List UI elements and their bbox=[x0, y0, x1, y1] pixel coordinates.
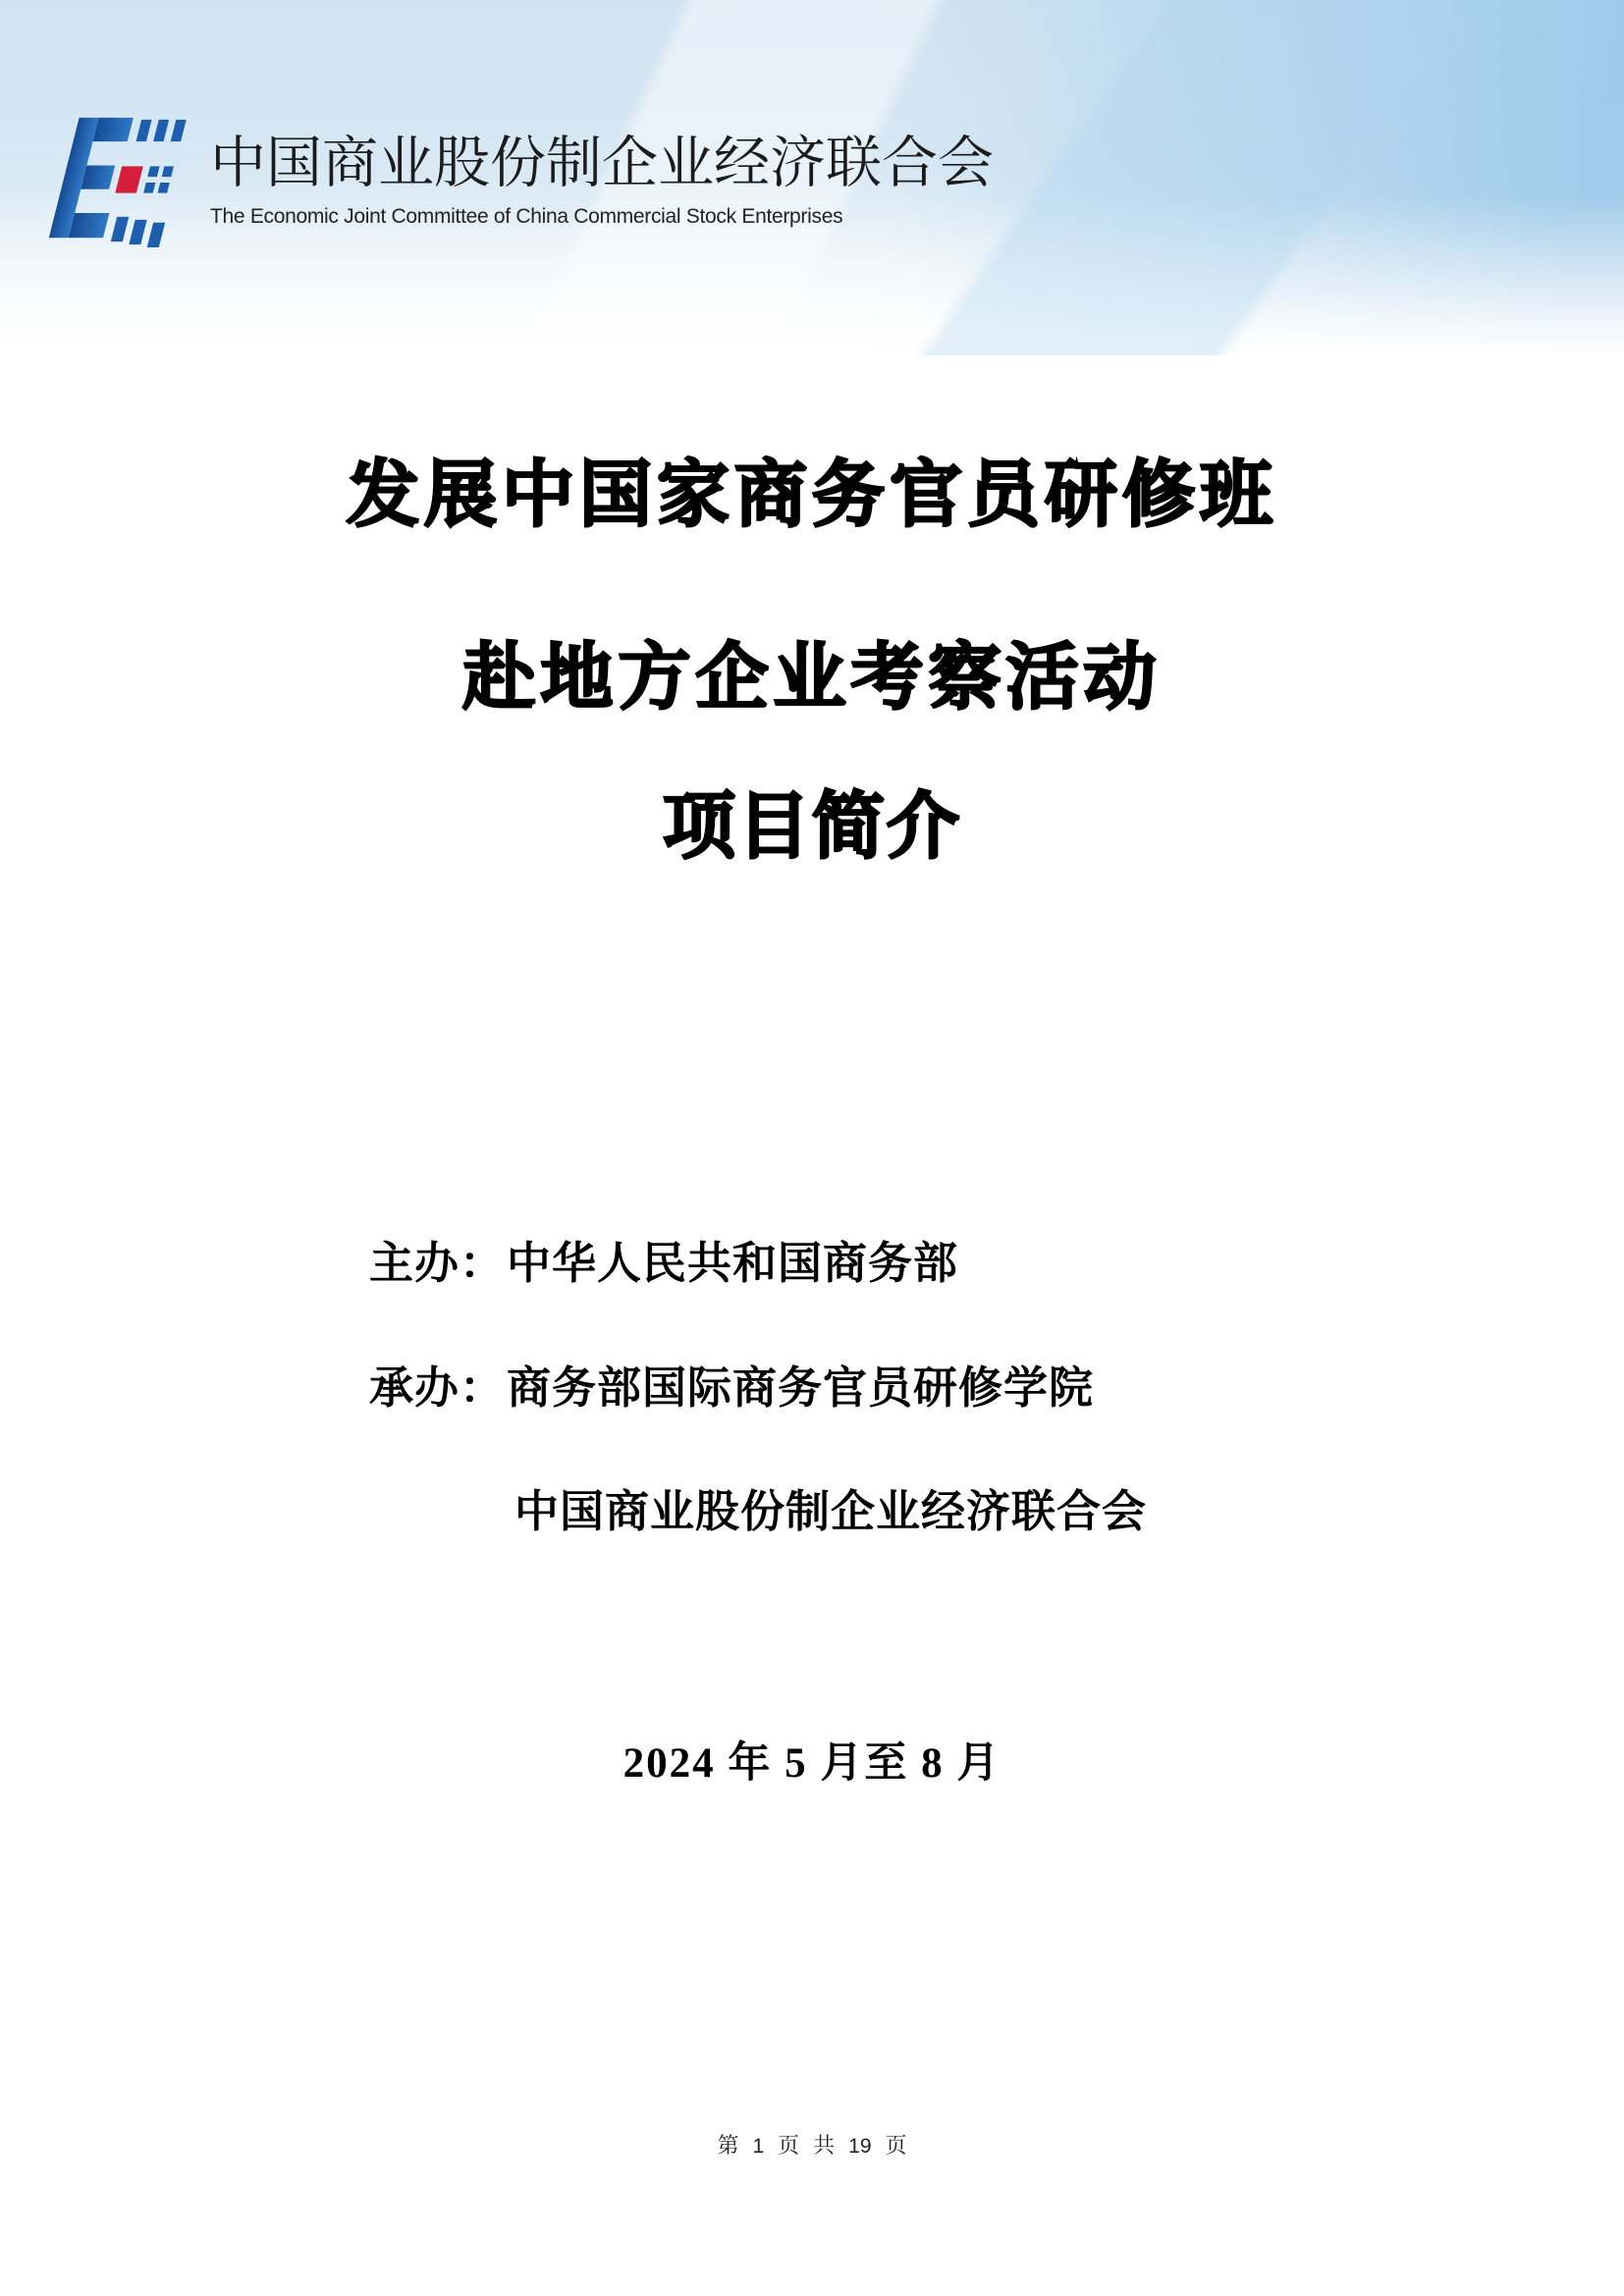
undertaker-name-2: 中国商业股份制企业经济联合会 bbox=[514, 1486, 1147, 1536]
undertaker-name-1: 商务部国际商务官员研修学院 bbox=[507, 1362, 1094, 1413]
cover-title-line2: 赴地方企业考察活动 bbox=[0, 638, 1624, 717]
document-page: 中国商业股份制企业经济联合会 The Economic Joint Commit… bbox=[0, 0, 1624, 2296]
letterhead-banner: 中国商业股份制企业经济联合会 The Economic Joint Commit… bbox=[0, 0, 1624, 355]
org-name-chinese: 中国商业股份制企业经济联合会 bbox=[210, 132, 994, 194]
host-row: 主办：中华人民共和国商务部 bbox=[369, 1238, 958, 1289]
org-logo-text: 中国商业股份制企业经济联合会 The Economic Joint Commit… bbox=[210, 114, 994, 230]
host-name: 中华人民共和国商务部 bbox=[507, 1238, 958, 1288]
host-label: 主办： bbox=[369, 1238, 505, 1288]
footer-page-word: 页 bbox=[778, 2133, 799, 2158]
org-logo-e-icon bbox=[47, 114, 196, 247]
footer-current-page-number: 1 bbox=[752, 2135, 764, 2158]
footer-total-word: 共 bbox=[813, 2133, 835, 2158]
footer-suffix: 页 bbox=[886, 2133, 907, 2158]
event-date-range: 2024 年 5 月至 8 月 bbox=[0, 1739, 1624, 1789]
page-footer: 第1页共19页 bbox=[0, 2132, 1624, 2161]
undertaker-row-2: 中国商业股份制企业经济联合会 bbox=[514, 1486, 1147, 1537]
footer-total-pages-number: 19 bbox=[848, 2135, 871, 2158]
footer-prefix: 第 bbox=[717, 2133, 738, 2158]
undertaker-label: 承办： bbox=[369, 1362, 505, 1413]
cover-title-line3: 项目简介 bbox=[0, 787, 1624, 866]
org-logo: 中国商业股份制企业经济联合会 The Economic Joint Commit… bbox=[47, 114, 994, 247]
undertaker-row: 承办：商务部国际商务官员研修学院 bbox=[369, 1362, 1094, 1414]
org-name-english: The Economic Joint Committee of China Co… bbox=[210, 204, 994, 230]
cover-title-line1: 发展中国家商务官员研修班 bbox=[0, 455, 1624, 534]
